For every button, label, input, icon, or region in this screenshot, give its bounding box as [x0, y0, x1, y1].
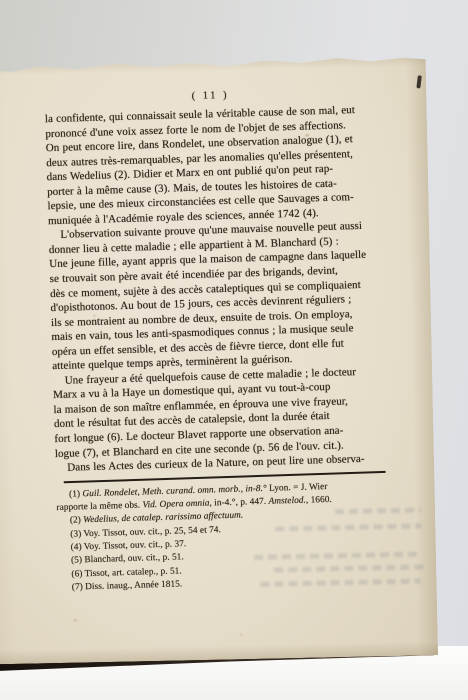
ink-mark — [416, 75, 422, 88]
paragraph: Une frayeur a été quelquefois cause de c… — [53, 364, 387, 461]
paper-sheet: ( 11 ) la confidente, qui connaissait se… — [0, 55, 438, 665]
footnotes-section: (1) Guil. Rondelet, Meth. curand. omn. m… — [56, 479, 391, 595]
paragraph: la confidente, qui connaissait seule la … — [45, 102, 380, 228]
book-block: ( 11 ) la confidente, qui connaissait se… — [0, 55, 438, 676]
page-content: ( 11 ) la confidente, qui connaissait se… — [43, 53, 391, 595]
foxing-spot — [73, 619, 77, 622]
main-text: la confidente, qui connaissait seule la … — [45, 102, 388, 475]
foxing-spot — [240, 633, 243, 636]
paragraph: L'observation suivante prouve qu'une mau… — [48, 219, 384, 374]
book-page-photo: ( 11 ) la confidente, qui connaissait se… — [0, 0, 468, 700]
